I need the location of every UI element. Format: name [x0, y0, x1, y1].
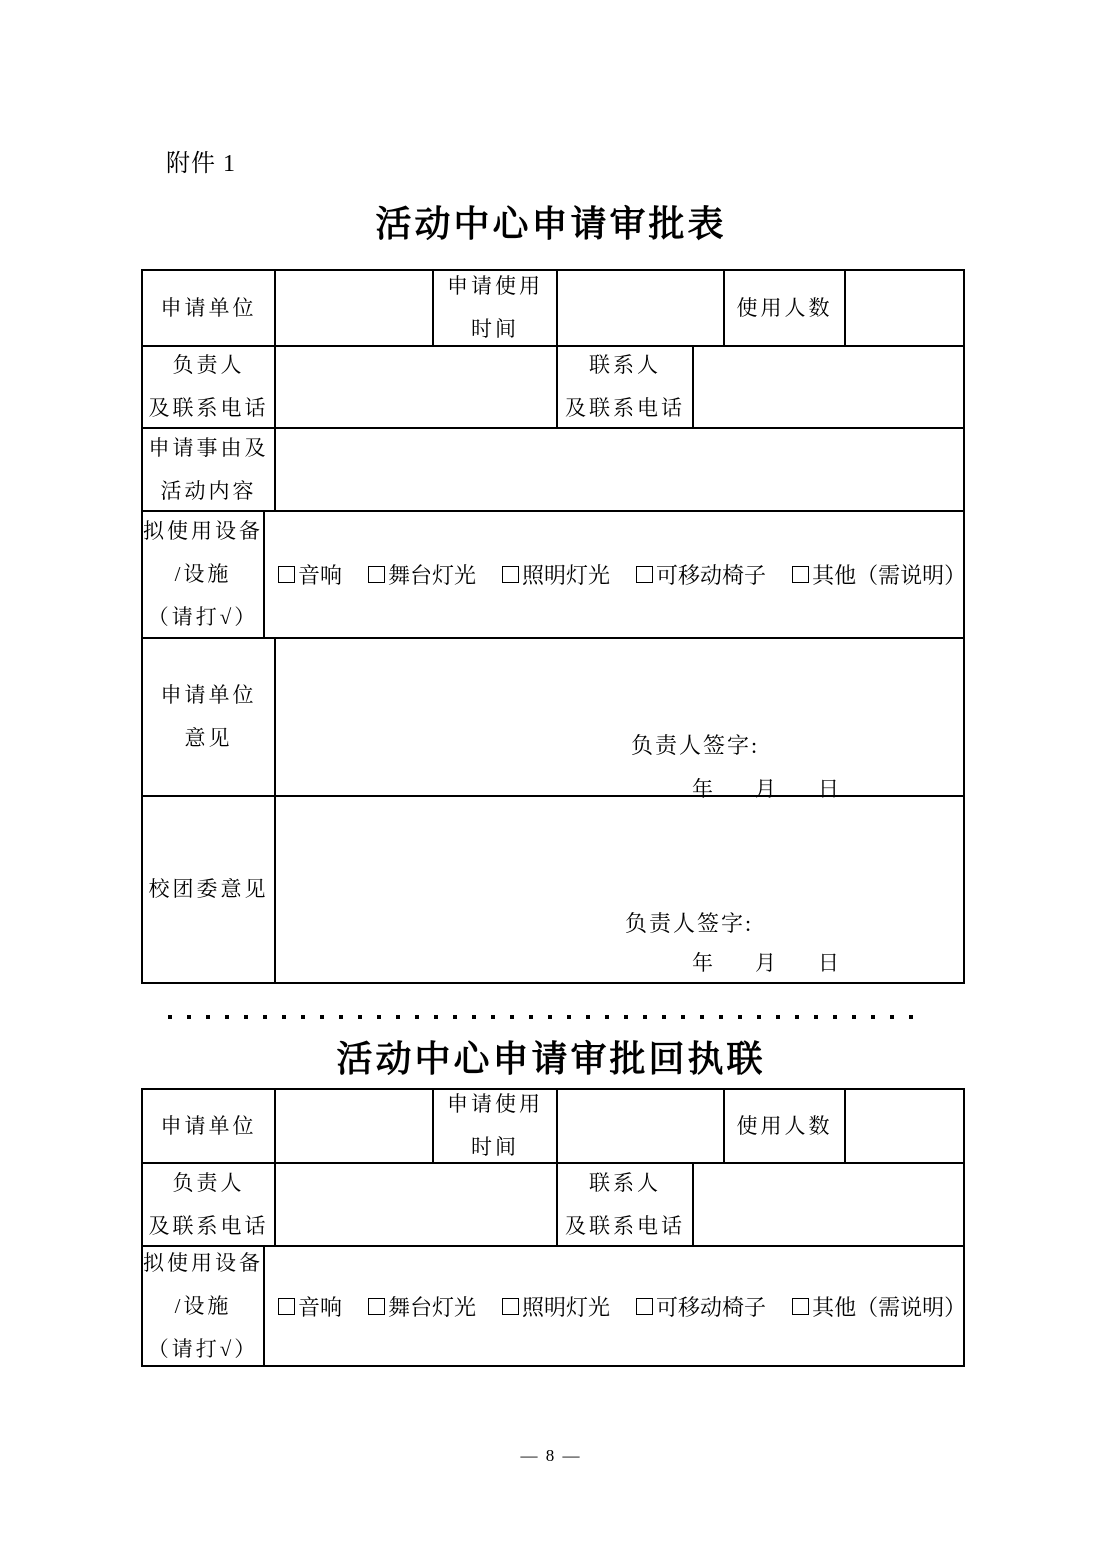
table-row: 申请单位 申请使用 时间 使用人数	[143, 271, 963, 347]
receipt-applicant-unit-field[interactable]	[276, 1090, 434, 1162]
checkbox-movable-chairs[interactable]	[636, 566, 653, 583]
receipt-user-count-label: 使用人数	[725, 1090, 846, 1162]
league-opinion-label: 校团委意见	[143, 797, 276, 982]
table-row: 拟使用设备 /设施 （请打√） 音响 舞台灯光 照明灯光	[143, 1247, 963, 1365]
receipt-checkbox-stage-lighting[interactable]	[368, 1298, 385, 1315]
receipt-manager-phone-label: 负责人 及联系电话	[143, 1164, 276, 1245]
unit-opinion-label: 申请单位 意见	[143, 639, 276, 795]
reason-field[interactable]	[276, 429, 963, 510]
receipt-equipment-options: 音响 舞台灯光 照明灯光 可移动椅子 其他（需说明）	[265, 1247, 966, 1365]
user-count-field[interactable]	[846, 271, 963, 345]
checkbox-illumination-lighting[interactable]	[502, 566, 519, 583]
document-page: 附件 1 活动中心申请审批表 申请单位 申请使用 时间 使用人数 负责人 及联系…	[0, 0, 1102, 1559]
use-time-label: 申请使用 时间	[434, 271, 558, 345]
table-row: 负责人 及联系电话 联系人 及联系电话	[143, 347, 963, 429]
contact-phone-field[interactable]	[694, 347, 963, 427]
table-row: 负责人 及联系电话 联系人 及联系电话	[143, 1164, 963, 1247]
league-opinion-field[interactable]: 负责人签字: 年 月 日	[276, 797, 963, 982]
table-row: 拟使用设备 /设施 （请打√） 音响 舞台灯光 照明灯光	[143, 512, 963, 639]
equipment-options: 音响 舞台灯光 照明灯光 可移动椅子 其他（需说明）	[265, 512, 966, 637]
approval-form-table: 申请单位 申请使用 时间 使用人数 负责人 及联系电话 联系人 及联系电话	[141, 269, 965, 984]
table-row: 校团委意见 负责人签字: 年 月 日	[143, 797, 963, 982]
checkbox-stage-lighting[interactable]	[368, 566, 385, 583]
receipt-contact-phone-label: 联系人 及联系电话	[558, 1164, 694, 1245]
signature-label: 负责人签字:	[625, 907, 753, 938]
receipt-manager-phone-field[interactable]	[276, 1164, 558, 1245]
receipt-checkbox-sound[interactable]	[278, 1298, 295, 1315]
attachment-label: 附件 1	[166, 143, 236, 178]
receipt-applicant-unit-label: 申请单位	[143, 1090, 276, 1162]
checkbox-other[interactable]	[792, 566, 809, 583]
equipment-option: 音响	[278, 1291, 342, 1322]
main-form-title: 活动中心申请审批表	[0, 196, 1102, 247]
equipment-option: 舞台灯光	[368, 1291, 476, 1322]
receipt-user-count-field[interactable]	[846, 1090, 963, 1162]
unit-opinion-field[interactable]: 负责人签字: 年 月 日	[276, 639, 963, 795]
contact-phone-label: 联系人 及联系电话	[558, 347, 694, 427]
table-row: 申请单位 意见 负责人签字: 年 月 日	[143, 639, 963, 797]
equipment-label: 拟使用设备 /设施 （请打√）	[143, 512, 265, 637]
receipt-use-time-field[interactable]	[558, 1090, 725, 1162]
equipment-option: 照明灯光	[502, 559, 610, 590]
equipment-option: 其他（需说明）	[792, 559, 966, 590]
use-time-field[interactable]	[558, 271, 725, 345]
receipt-table: 申请单位 申请使用 时间 使用人数 负责人 及联系电话 联系人 及联系电话	[141, 1088, 965, 1367]
applicant-unit-field[interactable]	[276, 271, 434, 345]
equipment-option: 其他（需说明）	[792, 1291, 966, 1322]
receipt-contact-phone-field[interactable]	[694, 1164, 963, 1245]
tear-dotted-line	[168, 1015, 918, 1019]
reason-label: 申请事由及 活动内容	[143, 429, 276, 510]
equipment-option: 可移动椅子	[636, 559, 766, 590]
receipt-title: 活动中心申请审批回执联	[0, 1031, 1102, 1082]
manager-phone-field[interactable]	[276, 347, 558, 427]
receipt-use-time-label: 申请使用 时间	[434, 1090, 558, 1162]
equipment-option: 音响	[278, 559, 342, 590]
checkbox-sound[interactable]	[278, 566, 295, 583]
receipt-equipment-label: 拟使用设备 /设施 （请打√）	[143, 1247, 265, 1365]
receipt-checkbox-movable-chairs[interactable]	[636, 1298, 653, 1315]
table-row: 申请单位 申请使用 时间 使用人数	[143, 1090, 963, 1164]
equipment-option: 可移动椅子	[636, 1291, 766, 1322]
user-count-label: 使用人数	[725, 271, 846, 345]
receipt-checkbox-other[interactable]	[792, 1298, 809, 1315]
equipment-option: 照明灯光	[502, 1291, 610, 1322]
manager-phone-label: 负责人 及联系电话	[143, 347, 276, 427]
date-line: 年 月 日	[692, 947, 839, 977]
receipt-checkbox-illumination-lighting[interactable]	[502, 1298, 519, 1315]
table-row: 申请事由及 活动内容	[143, 429, 963, 512]
equipment-option: 舞台灯光	[368, 559, 476, 590]
page-number: — 8 —	[0, 1446, 1102, 1466]
applicant-unit-label: 申请单位	[143, 271, 276, 345]
signature-label: 负责人签字:	[631, 729, 759, 760]
